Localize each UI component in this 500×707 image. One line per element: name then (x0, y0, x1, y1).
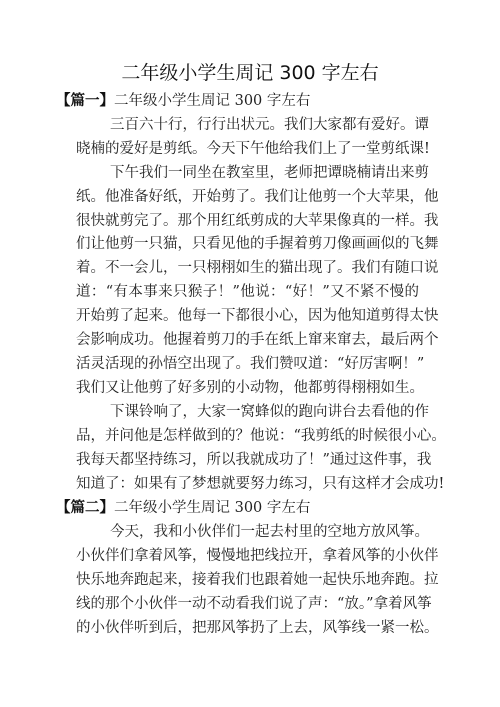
section-title: 二年级小学生周记 300 字左右 (114, 500, 310, 516)
section-label: 【篇一】 (56, 92, 114, 109)
paragraph: 三百六十行，行行出状元。我们大家都有爱好。谭 晓楠的爱好是剪纸。今天下午他给我们… (76, 114, 419, 162)
text-line: 线的那个小伙伴一动不动看我们说了声：“放。”拿着风筝 (76, 593, 419, 617)
text-line: 下课铃响了，大家一窝蜂似的跑向讲台去看他的作 (76, 401, 419, 425)
text-line: 下午我们一同坐在教室里，老师把谭晓楠请出来剪 (76, 162, 419, 186)
text-line: 着。不一会儿，一只栩栩如生的猫出现了。我们有随口说 (76, 257, 419, 281)
document-page: 二年级小学生周记 300 字左右 【篇一】二年级小学生周记 300 字左右 三百… (0, 0, 500, 707)
text-line: 三百六十行，行行出状元。我们大家都有爱好。谭 (76, 114, 419, 138)
document-title: 二年级小学生周记 300 字左右 (0, 60, 500, 86)
text-line: 今天，我和小伙伴们一起去村里的空地方放风筝。 (76, 521, 419, 545)
text-line: 们让他剪一只猫，只看见他的手握着剪刀像画画似的飞舞 (76, 233, 419, 257)
text-line: 的小伙伴听到后，把那风筝扔了上去，风筝线一紧一松。 (76, 617, 419, 641)
section-label: 【篇二】 (56, 499, 114, 516)
text-line: 我们又让他剪了好多别的小动物，他都剪得栩栩如生。 (76, 377, 419, 401)
text-line: 我每天都坚持练习，所以我就成功了！”通过这件事，我 (76, 449, 419, 473)
text-line: 很快就剪完了。那个用红纸剪成的大苹果像真的一样。我 (76, 210, 419, 234)
paragraph: 今天，我和小伙伴们一起去村里的空地方放风筝。 小伙伴们拿着风筝，慢慢地把线拉开，… (76, 521, 419, 641)
section-heading-2: 【篇二】二年级小学生周记 300 字左右 (56, 496, 419, 521)
paragraph: 下课铃响了，大家一窝蜂似的跑向讲台去看他的作 品，并问他是怎样做到的？他说：“我… (76, 401, 419, 497)
text-line: 开始剪了起来。他每一下都很小心，因为他知道剪得太快 (76, 305, 419, 329)
text-line: 晓楠的爱好是剪纸。今天下午他给我们上了一堂剪纸课! (76, 138, 419, 162)
section-title: 二年级小学生周记 300 字左右 (114, 93, 310, 109)
text-line: 快乐地奔跑起来，接着我们也跟着她一起快乐地奔跑。拉 (76, 569, 419, 593)
text-line: 知道了：如果有了梦想就要努力练习，只有这样才会成功! (76, 473, 419, 497)
text-line: 小伙伴们拿着风筝，慢慢地把线拉开，拿着风筝的小伙伴 (76, 545, 419, 569)
text-line: 会影响成功。他握着剪刀的手在纸上窜来窜去，最后两个 (76, 329, 419, 353)
document-body: 【篇一】二年级小学生周记 300 字左右 三百六十行，行行出状元。我们大家都有爱… (76, 89, 419, 641)
text-line: 道：“有本事来只猴子！”他说：“好！”又不紧不慢的 (76, 281, 419, 305)
paragraph: 下午我们一同坐在教室里，老师把谭晓楠请出来剪 纸。他准备好纸，开始剪了。我们让他… (76, 162, 419, 401)
section-heading-1: 【篇一】二年级小学生周记 300 字左右 (56, 89, 419, 114)
text-line: 纸。他准备好纸，开始剪了。我们让他剪一个大苹果，他 (76, 186, 419, 210)
text-line: 品，并问他是怎样做到的？他说：“我剪纸的时候很小心。 (76, 425, 419, 449)
text-line: 活灵活现的孙悟空出现了。我们赞叹道：“好厉害啊！” (76, 353, 419, 377)
